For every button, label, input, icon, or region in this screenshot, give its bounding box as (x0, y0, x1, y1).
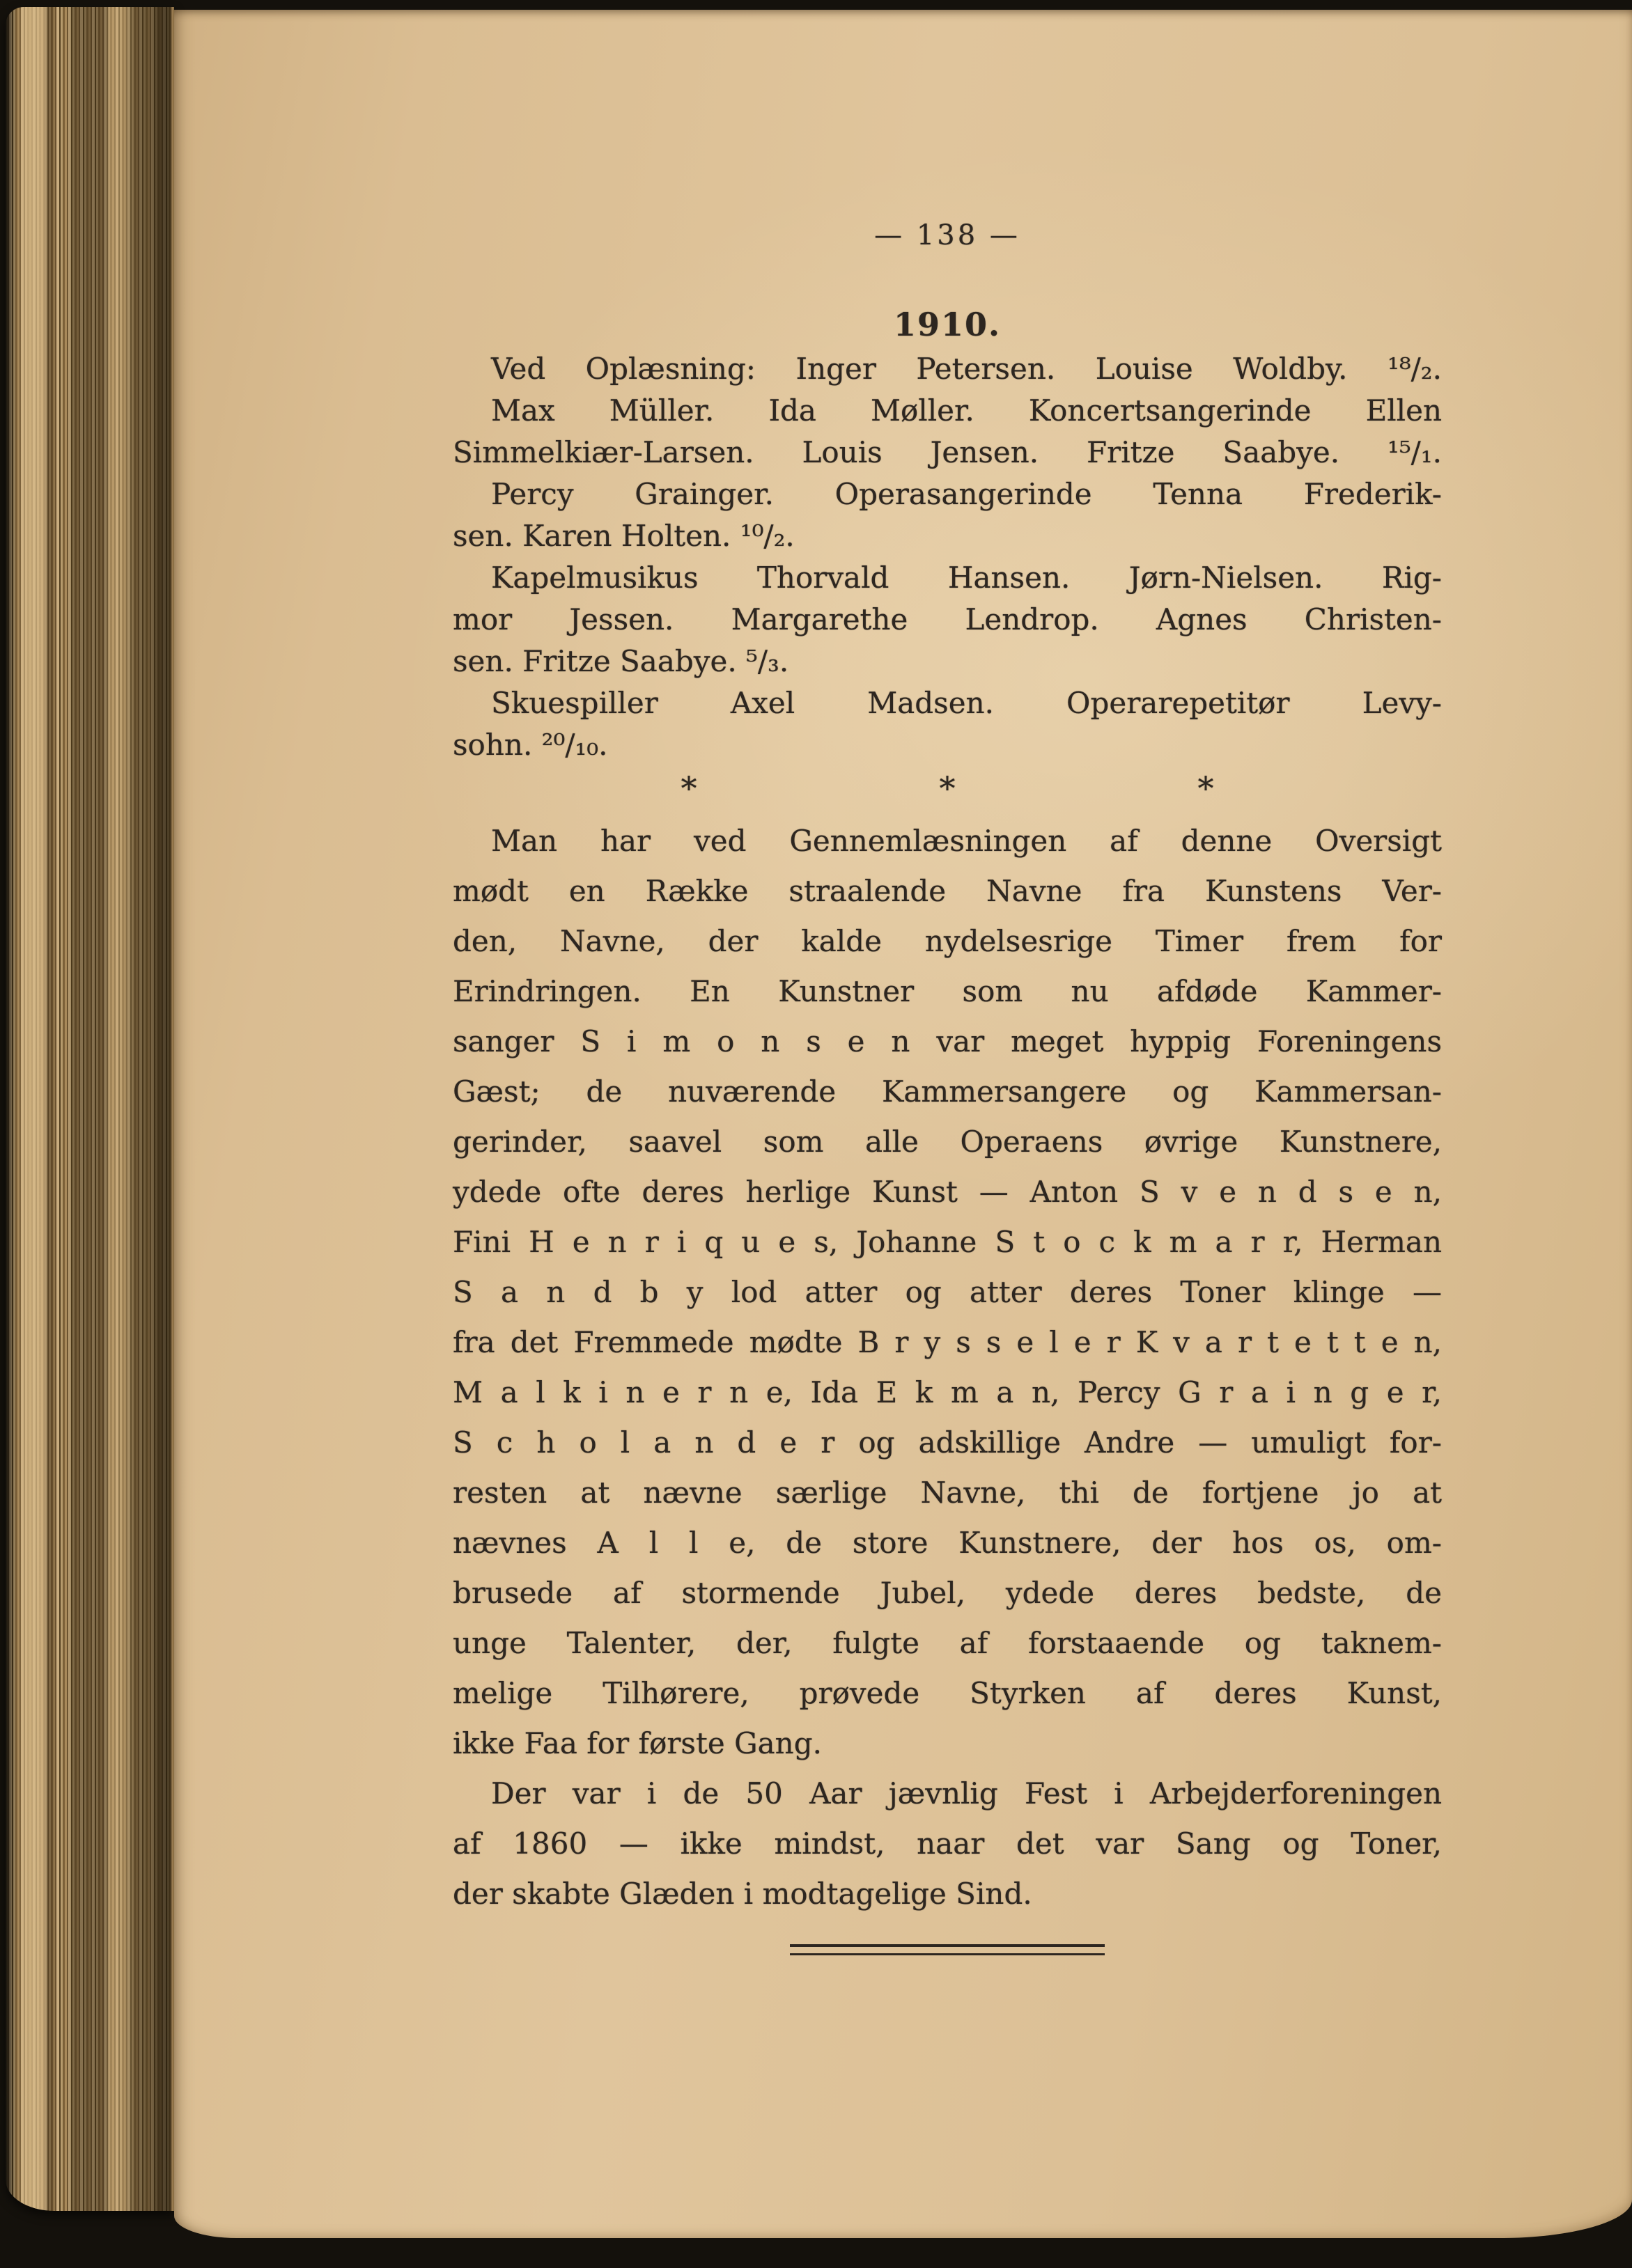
paragraph-line: S c h o l a n d e r og adskillige Andre … (453, 1418, 1442, 1468)
listing-line: sen. Fritze Saabye. ⁵/₃. (453, 641, 1442, 682)
page-content: — 138 — 1910. Ved Oplæsning: Inger Peter… (453, 10, 1442, 1955)
paragraph-line: Erindringen. En Kunstner som nu afdøde K… (453, 967, 1442, 1017)
book-photo: { "page": { "page_number": "— 138 —", "h… (0, 0, 1632, 2268)
paragraph-line: Gæst; de nuværende Kammersangere og Kamm… (453, 1067, 1442, 1117)
end-rule (790, 1944, 1105, 1955)
paragraph-line: gerinder, saavel som alle Operaens øvrig… (453, 1117, 1442, 1167)
asterisk: * (940, 766, 956, 811)
paragraph-line: Fini H e n r i q u e s, Johanne S t o c … (453, 1217, 1442, 1267)
paragraph-line: Der var i de 50 Aar jævnlig Fest i Arbej… (453, 1769, 1442, 1819)
paragraph-line: ikke Faa for første Gang. (453, 1719, 1442, 1769)
asterisk: * (681, 766, 697, 811)
listing-line: Ved Oplæsning: Inger Petersen. Louise Wo… (453, 348, 1442, 390)
paragraph-line: resten at nævne særlige Navne, thi de fo… (453, 1468, 1442, 1518)
paragraph-line: nævnes A l l e, de store Kunstnere, der … (453, 1518, 1442, 1568)
paragraph-line: Man har ved Gennemlæsningen af denne Ove… (453, 816, 1442, 866)
listing-line: sohn. ²⁰/₁₀. (453, 724, 1442, 766)
book-page: — 138 — 1910. Ved Oplæsning: Inger Peter… (174, 10, 1632, 2238)
paragraph-line: S a n d b y lod atter og atter deres Ton… (453, 1267, 1442, 1317)
paragraph-line: af 1860 — ikke mindst, naar det var Sang… (453, 1819, 1442, 1869)
paragraph-line: mødt en Række straalende Navne fra Kunst… (453, 866, 1442, 916)
page-number: — 138 — (453, 219, 1442, 252)
paragraph-line: sanger S i m o n s e n var meget hyppig … (453, 1017, 1442, 1067)
listing-line: Skuespiller Axel Madsen. Operarepetitør … (453, 682, 1442, 724)
listing-line: Max Müller. Ida Møller. Koncertsangerind… (453, 390, 1442, 432)
paragraph-line: den, Navne, der kalde nydelsesrige Timer… (453, 916, 1442, 967)
year-heading: 1910. (453, 305, 1442, 344)
reflection-paragraph: Man har ved Gennemlæsningen af denne Ove… (453, 816, 1442, 1769)
asterisk: * (1198, 766, 1214, 811)
listing-line: mor Jessen. Margarethe Lendrop. Agnes Ch… (453, 599, 1442, 641)
asterisk-separator: * * * (453, 766, 1442, 811)
listing-line: sen. Karen Holten. ¹⁰/₂. (453, 515, 1442, 557)
performance-listing: Ved Oplæsning: Inger Petersen. Louise Wo… (453, 348, 1442, 766)
listing-line: Percy Grainger. Operasangerinde Tenna Fr… (453, 474, 1442, 515)
listing-line: Kapelmusikus Thorvald Hansen. Jørn-Niels… (453, 557, 1442, 599)
paragraph-line: der skabte Glæden i modtagelige Sind. (453, 1869, 1442, 1919)
paragraph-line: fra det Fremmede mødte B r y s s e l e r… (453, 1317, 1442, 1368)
paragraph-line: M a l k i n e r n e, Ida E k m a n, Perc… (453, 1368, 1442, 1418)
paragraph-line: unge Talenter, der, fulgte af forstaaend… (453, 1618, 1442, 1668)
listing-line: Simmelkiær-Larsen. Louis Jensen. Fritze … (453, 432, 1442, 474)
book-page-edges (6, 7, 174, 2211)
paragraph-line: brusede af stormende Jubel, ydede deres … (453, 1568, 1442, 1618)
paragraph-line: melige Tilhørere, prøvede Styrken af der… (453, 1668, 1442, 1719)
paragraph-line: ydede ofte deres herlige Kunst — Anton S… (453, 1167, 1442, 1217)
closing-paragraph: Der var i de 50 Aar jævnlig Fest i Arbej… (453, 1769, 1442, 1919)
